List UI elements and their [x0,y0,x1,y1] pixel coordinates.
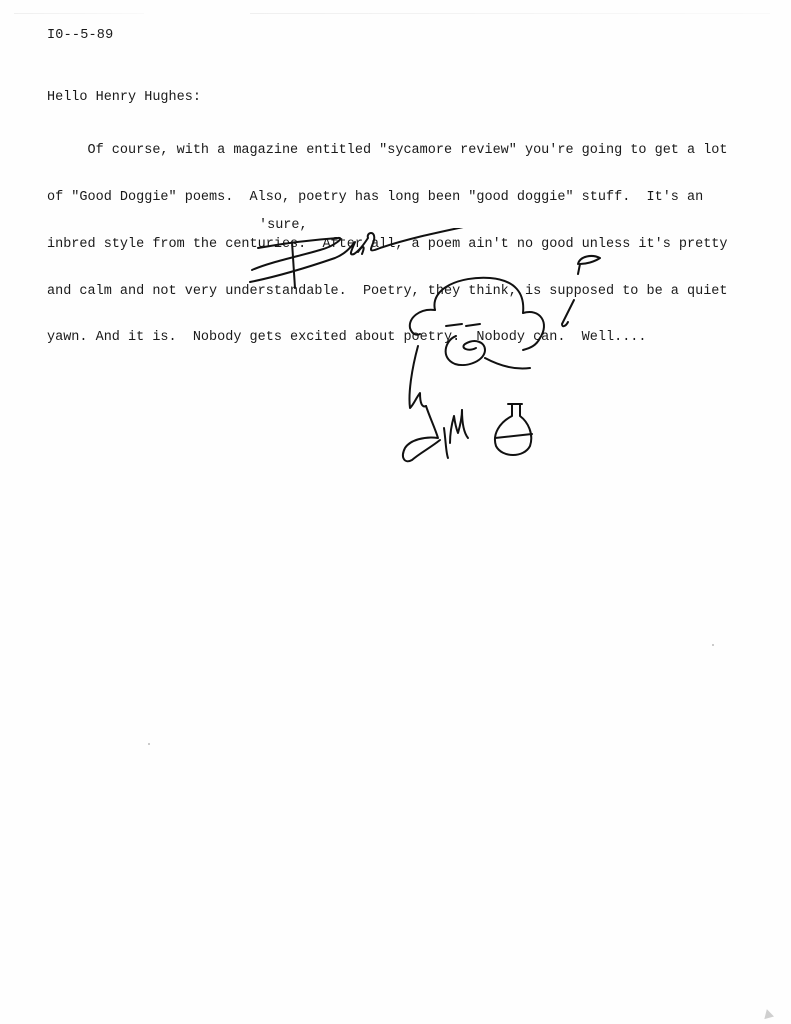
salutation: Hello Henry Hughes: [47,90,201,105]
scan-speck [712,644,714,646]
scan-corner-mark [762,1008,774,1019]
scan-speck [148,743,150,745]
scan-artifact [14,13,144,14]
body-line: of "Good Doggie" poems. Also, poetry has… [47,190,717,206]
scan-artifact [250,13,770,14]
letter-date: I0--5-89 [47,28,113,43]
letter-page: I0--5-89 Hello Henry Hughes: Of course, … [0,0,791,1024]
signature-and-doodle [240,228,620,468]
body-line: Of course, with a magazine entitled "syc… [47,143,717,159]
signature-icon [250,228,468,288]
doodle-icon [403,256,600,461]
